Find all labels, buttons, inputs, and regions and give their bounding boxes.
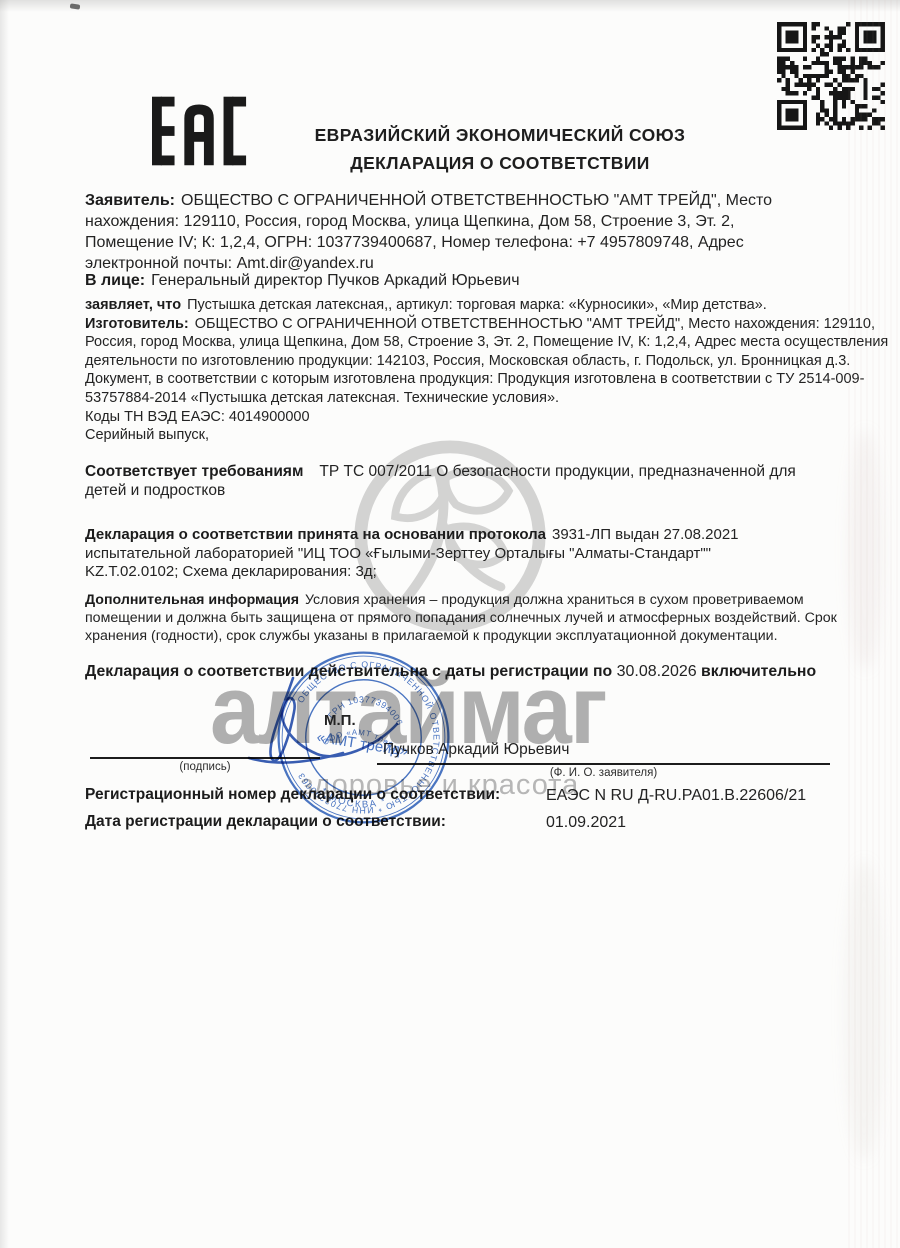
basis-line-3: KZ.T.02.0102; Схема декларирования: 3д; [85,563,855,582]
validity-line: Декларация о соответствии действительна … [85,663,855,681]
scan-speck [70,3,81,9]
declaration-basis-paragraph: Декларация о соответствии принята на осн… [85,526,855,582]
validity-suffix: включительно [701,663,816,680]
qr-code [774,22,888,130]
manufacturer-label: Изготовитель: [85,316,195,332]
declares-text: Пустышка детская латексная,, артикул: то… [187,297,767,313]
additional-line-3: хранения (годности), срок службы указаны… [85,627,855,645]
conformity-requirements-paragraph: Соответствует требованиямТР ТС 007/2011 … [85,462,855,500]
applicant-paragraph: Заявитель:ОБЩЕСТВО С ОГРАНИЧЕННОЙ ОТВЕТС… [85,190,855,274]
manufacturer-line-4: Документ, в соответствии с которым изгот… [85,370,855,389]
conforms-line-2: детей и подростков [85,481,855,500]
validity-date: 30.08.2026 [617,663,697,680]
registration-number-value: ЕАЭС N RU Д-RU.РА01.В.22606/21 [546,787,806,805]
document-title: ДЕКЛАРАЦИЯ О СООТВЕТСТВИИ [100,153,900,174]
applicant-line-3: Помещение IV; К: 1,2,4, ОГРН: 1037739400… [85,232,855,253]
manufacturer-line-2: Россия, город Москва, улица Щепкина, Дом… [85,333,855,352]
conforms-label: Соответствует требованиям [85,463,319,480]
in-person-label: В лице: [85,272,151,289]
additional-info-paragraph: Дополнительная информацияУсловия хранени… [85,591,855,646]
conforms-line-1: ТР ТС 007/2011 О безопасности продукции,… [319,463,795,480]
manufacturer-line-3: деятельности по изготовлению продукции: … [85,352,855,371]
union-title: ЕВРАЗИЙСКИЙ ЭКОНОМИЧЕСКИЙ СОЮЗ [100,125,900,146]
declares-label: заявляет, что [85,297,187,313]
basis-line-1: 3931-ЛП выдан 27.08.2021 [552,526,739,543]
basis-line-2: испытательной лабораторией "ИЦ ТОО «Ғылы… [85,545,855,564]
in-person-text: Генеральный директор Пучков Аркадий Юрье… [151,272,519,289]
registration-date-value: 01.09.2021 [546,814,626,832]
additional-label: Дополнительная информация [85,592,305,608]
basis-label: Декларация о соответствии принята на осн… [85,526,552,543]
additional-line-2: помещении и должна быть защищена от прям… [85,609,855,627]
in-person-line: В лице:Генеральный директор Пучков Аркад… [85,270,855,291]
product-manufacturer-paragraph: заявляет, чтоПустышка детская латексная,… [85,296,855,445]
applicant-label: Заявитель: [85,192,181,209]
scanned-declaration-page: алтаймаг здоровье и красота ЕВРАЗИЙСКИЙ … [0,0,900,1248]
manufacturer-line-5: 53757884-2014 «Пустышка детская латексна… [85,389,855,408]
serial-release-line: Серийный выпуск, [85,426,855,445]
scan-edge-left [0,0,9,1248]
tnved-codes-line: Коды ТН ВЭД ЕАЭС: 4014900000 [85,408,855,427]
applicant-line-2: нахождения: 129110, Россия, город Москва… [85,211,855,232]
scan-blotch [844,860,884,1160]
scan-edge-top [0,0,900,12]
additional-line-1: Условия хранения – продукция должна хран… [305,592,804,608]
scan-noise-band [848,0,900,1248]
handwritten-signature [225,662,415,792]
applicant-line-1: ОБЩЕСТВО С ОГРАНИЧЕННОЙ ОТВЕТСТВЕННОСТЬЮ… [181,192,772,209]
manufacturer-line-1: ОБЩЕСТВО С ОГРАНИЧЕННОЙ ОТВЕТСТВЕННОСТЬЮ… [195,316,875,332]
